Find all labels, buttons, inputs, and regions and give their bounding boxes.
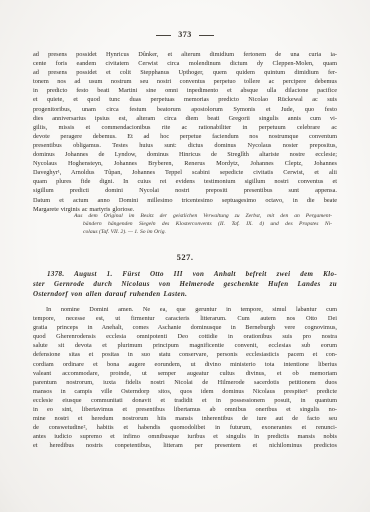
text-line: devote peragere debemus. Et ad hoc perpe… <box>33 132 337 141</box>
text-line: tempore, necesse est, ut firmentur carac… <box>33 314 337 323</box>
entry-heading: 1378. August 1. Fürst Otto III von Anhal… <box>33 269 337 299</box>
text-line: Aus dem Original im Besitz der geistlich… <box>74 212 332 220</box>
text-line: sigillum predicti domini Nycolai nostri … <box>33 186 337 195</box>
text-line: cente foris eandem civitatem Cerwist cir… <box>33 59 337 68</box>
text-line: gratia princeps in Anehalt, comes Aschan… <box>33 323 337 332</box>
continuation-paragraph: ad presens possidet Hynricus Dûnker, et … <box>33 50 337 214</box>
text-line: ecclesie eiusque communitati donavit et … <box>33 396 337 405</box>
header-rule-right <box>199 35 214 36</box>
text-line: dies anniversarius ipsius est, alteram c… <box>33 114 337 123</box>
text-line: In nomine Domini amen. Ne ea, que gerunt… <box>33 305 337 314</box>
text-line: antes iudicio supremo et infimo omnibusq… <box>33 432 337 441</box>
text-line: Nycolaus Hoghensteyn, Johannes Bryberen,… <box>33 159 337 168</box>
entry-body-paragraph: In nomine Domini amen. Ne ea, que gerunt… <box>33 305 337 451</box>
text-line: ster Gernrode durch Nicolaus von Helmero… <box>33 279 337 289</box>
source-note: Aus dem Original im Besitz der geistlich… <box>74 212 332 237</box>
text-line: ad presens possidet et colit Stepphanus … <box>33 68 337 77</box>
text-line: dominus Johannes de Lyndow, dominus Hinr… <box>33 150 337 159</box>
text-line: mine nostri et heredum nostrorum hiis ma… <box>33 414 337 423</box>
text-line: Daveghyr¹, Arnoldus Tûpan, Johannes Tepp… <box>33 168 337 177</box>
text-line: et quiete, et quod tunc duas perpetuas m… <box>33 95 337 104</box>
text-line: tonem nos ad usum nostrum seu nostri con… <box>33 77 337 86</box>
text-line: Osterndorf von allen darauf ruhenden Las… <box>33 289 337 299</box>
text-line: giliis, missis et commendacionibus rite … <box>33 123 337 132</box>
text-line: quam plures fide digni. In cuius rei evi… <box>33 177 337 186</box>
text-line: et heredibus nostris conpetentibus, litt… <box>33 441 337 450</box>
text-line: 1378. August 1. Fürst Otto III von Anhal… <box>33 269 337 279</box>
text-line: mansos in campis ville Osterndorp sitos,… <box>33 387 337 396</box>
text-line: in predicto festo beati Martini sine omn… <box>33 86 337 95</box>
text-line: Datum et actum anno Domini millesimo tri… <box>33 196 337 205</box>
text-line: bändern hängenden Siegeln des Klostercon… <box>74 220 332 228</box>
text-line: valeant accommodare, proinde, ut semper … <box>33 369 337 378</box>
text-line: cordiam ordinare et bona augere eorundem… <box>33 360 337 369</box>
text-line: in eo sint, libertavimus et presentibus … <box>33 405 337 414</box>
entry-number: 527. <box>33 252 337 262</box>
text-line: progenitoribus, unam circa festum beator… <box>33 105 337 114</box>
text-line: parentum nostrorum, iuxta fidelis nostri… <box>33 378 337 387</box>
text-line: de conswetudine², habitis et habendis qu… <box>33 423 337 432</box>
text-line: colaus (Taf. VII. 2). — 1. So im Orig. <box>74 228 332 236</box>
text-line: presentibus obligamus. Testes huius sunt… <box>33 141 337 150</box>
page-header: 373 <box>33 30 337 39</box>
header-rule-left <box>156 35 171 36</box>
text-line: defensione sitas et positas in suo statu… <box>33 350 337 359</box>
scanned-page: 373 ad presens possidet Hynricus Dûnker,… <box>0 0 370 512</box>
page-number: 373 <box>178 30 192 39</box>
text-line: ad presens possidet Hynricus Dûnker, et … <box>33 50 337 59</box>
text-line: salute sit devota et plurimum principum … <box>33 341 337 350</box>
text-line: quod Gherenrodensis ecclesia omnipotenti… <box>33 332 337 341</box>
